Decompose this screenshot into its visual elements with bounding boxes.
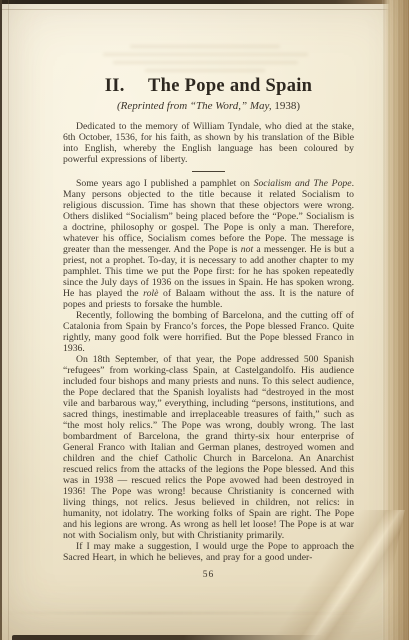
paragraph: If I may make a suggestion, I would urge… (63, 541, 354, 563)
section-divider-rule (192, 171, 225, 172)
paper-crease-bottom (0, 612, 374, 614)
scan-edge-top (0, 0, 409, 4)
chapter-title: II. The Pope and Spain (63, 76, 354, 97)
printed-text-block: II. The Pope and Spain (Reprinted from “… (63, 76, 354, 580)
paper-crease-top (0, 9, 409, 10)
scanned-book-page: II. The Pope and Spain (Reprinted from “… (0, 0, 409, 640)
paragraph: Some years ago I published a pamphlet on… (63, 178, 354, 310)
paragraph: Recently, following the bombing of Barce… (63, 310, 354, 354)
dedication-paragraph: Dedicated to the memory of William Tynda… (63, 121, 354, 165)
scan-edge-left (0, 0, 2, 640)
scan-edge-bottom (12, 635, 324, 640)
reprint-subtitle: (Reprinted from “The Word,” May, 1938) (63, 100, 354, 113)
paper-crease-left (8, 0, 9, 640)
body-paragraphs: Some years ago I published a pamphlet on… (63, 178, 354, 563)
book-page-stack-edge (382, 0, 409, 640)
ink-bleedthrough (95, 40, 315, 76)
page-number: 56 (63, 570, 354, 580)
paragraph: On 18th September, of that year, the Pop… (63, 354, 354, 541)
